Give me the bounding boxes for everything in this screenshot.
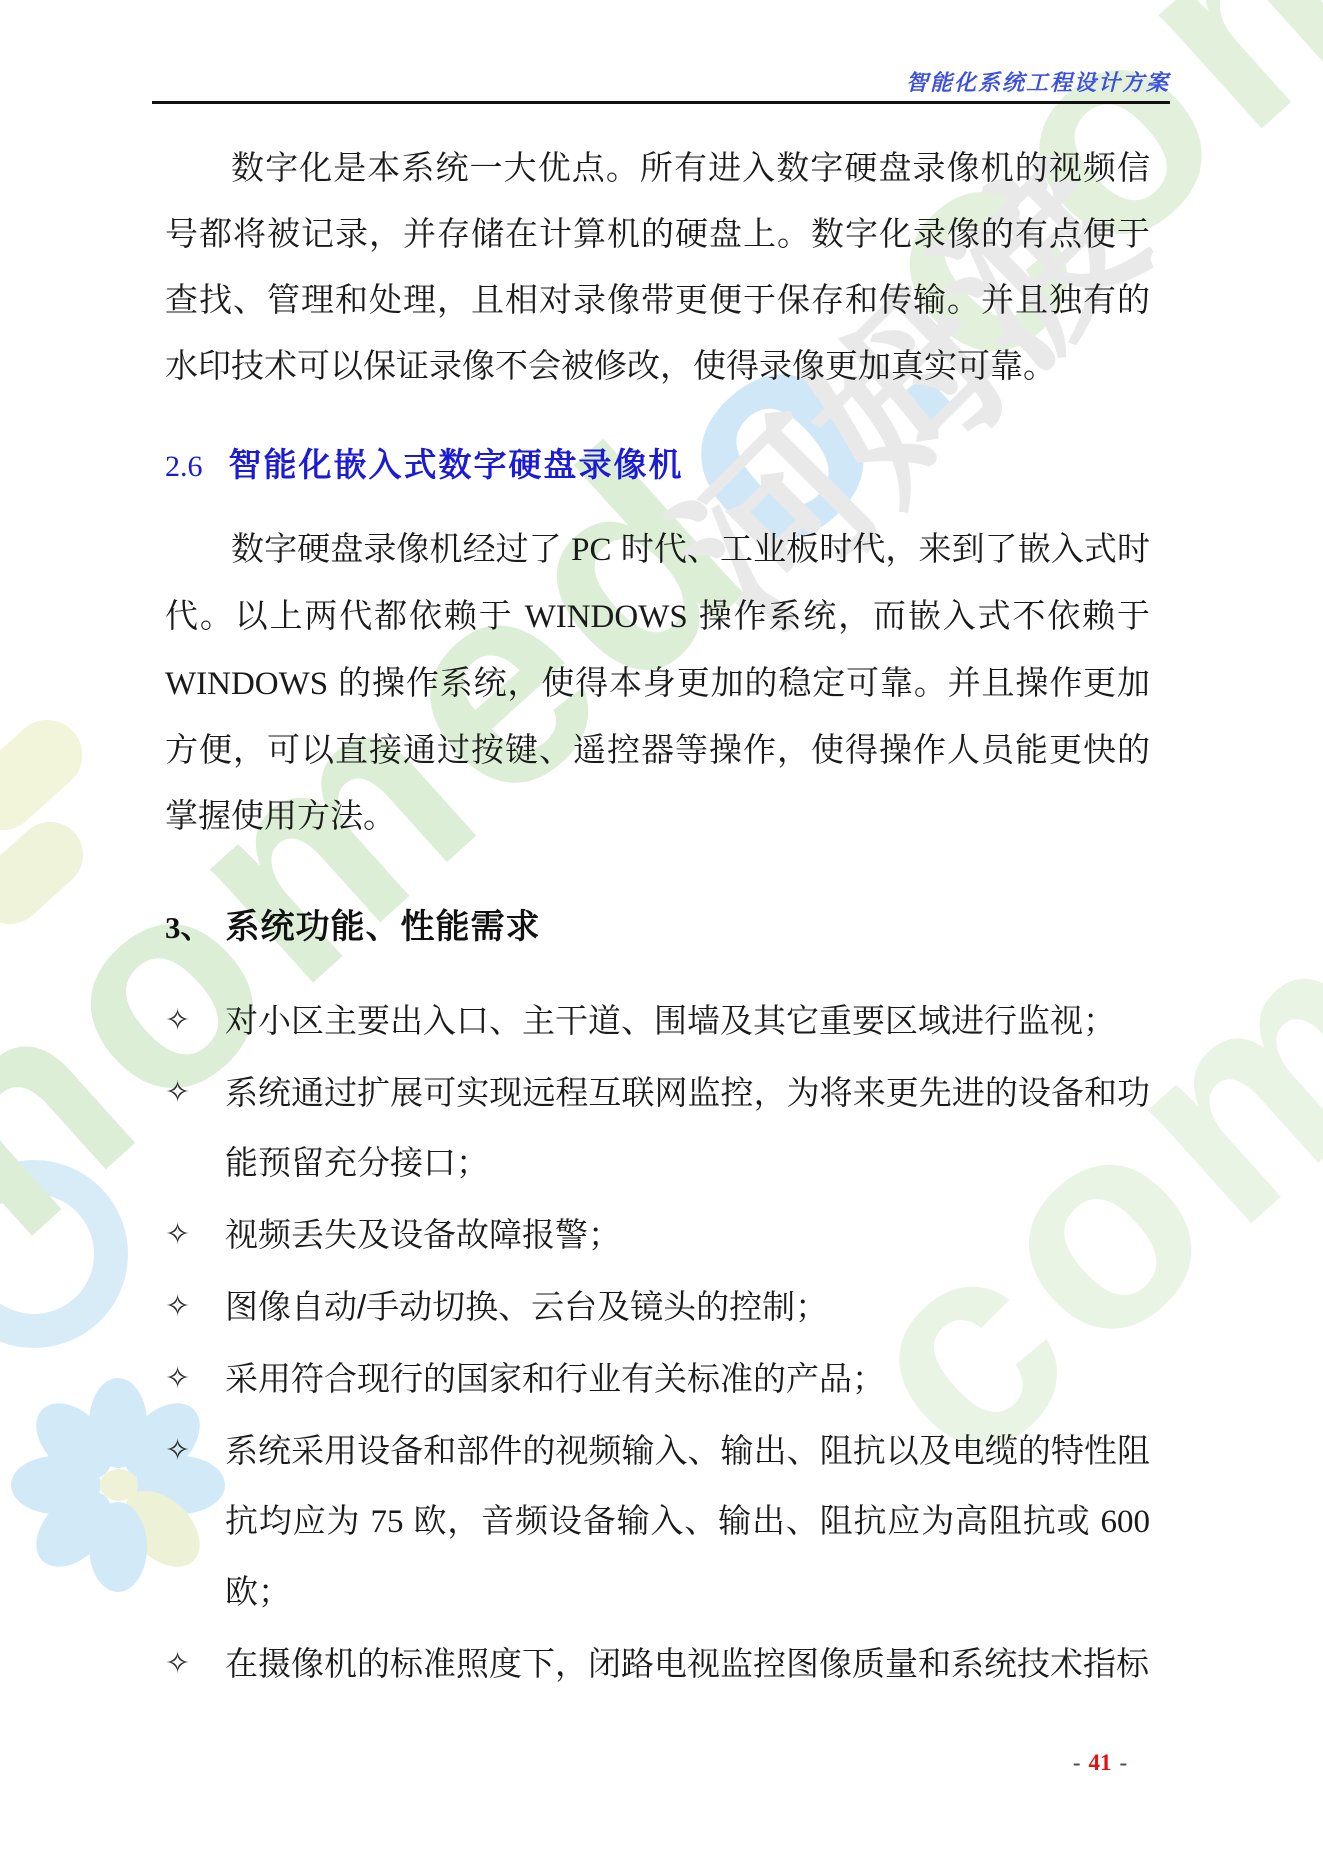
- bullet-text: 采用符合现行的国家和行业有关标准的产品；: [225, 1344, 1150, 1414]
- diamond-bullet-icon: ✧: [165, 1344, 225, 1414]
- page-number: 41: [1089, 1750, 1112, 1775]
- bullet-segment: 欧，音频设备输入、输出、阻抗应为高阻抗或: [403, 1502, 1100, 1539]
- bullet-segment-latin: 600: [1101, 1504, 1151, 1540]
- bullet-item: ✧ 系统通过扩展可实现远程互联网监控，为将来更先进的设备和功能预留充分接口；: [165, 1058, 1150, 1198]
- section-title: 智能化嵌入式数字硬盘录像机: [229, 446, 684, 483]
- bullet-text: 视频丢失及设备故障报警；: [225, 1200, 1150, 1270]
- bullet-text: 系统通过扩展可实现远程互联网监控，为将来更先进的设备和功能预留充分接口；: [225, 1058, 1150, 1198]
- section-3-heading: 3、系统功能、性能需求: [165, 899, 1150, 948]
- bullet-segment-latin: 75: [370, 1504, 403, 1540]
- diamond-bullet-icon: ✧: [165, 1058, 225, 1198]
- page-number-dash: -: [1120, 1750, 1128, 1775]
- document-page: homedo.com com 河姆渡 智能化系统工程设计方案 数字化是本系统一大…: [0, 0, 1323, 1871]
- diamond-bullet-icon: ✧: [165, 1629, 225, 1699]
- section-2-6-heading: 2.6智能化嵌入式数字硬盘录像机: [165, 439, 1150, 486]
- bullet-item: ✧ 视频丢失及设备故障报警；: [165, 1200, 1150, 1270]
- paragraph-segment-latin: WINDOWS: [525, 599, 688, 635]
- section-title: 系统功能、性能需求: [226, 908, 541, 946]
- page-footer: -41-: [1000, 1750, 1200, 1776]
- bullet-text: 图像自动/手动切换、云台及镜头的控制；: [225, 1272, 1150, 1342]
- paragraph-digital-advantages: 数字化是本系统一大优点。所有进入数字硬盘录像机的视频信号都将被记录，并存储在计算…: [165, 135, 1150, 399]
- diamond-bullet-icon: ✧: [165, 1416, 225, 1627]
- paragraph-segment-latin: WINDOWS: [165, 666, 328, 702]
- header-rule: [152, 101, 1170, 104]
- bullet-text: 在摄像机的标准照度下，闭路电视监控图像质量和系统技术指标: [225, 1629, 1150, 1699]
- bullet-text: 系统采用设备和部件的视频输入、输出、阻抗以及电缆的特性阻抗均应为 75 欧，音频…: [225, 1416, 1150, 1627]
- header-title: 智能化系统工程设计方案: [906, 70, 1170, 95]
- bullet-text: 对小区主要出入口、主干道、围墙及其它重要区域进行监视；: [225, 986, 1150, 1056]
- document-body: 数字化是本系统一大优点。所有进入数字硬盘录像机的视频信号都将被记录，并存储在计算…: [165, 135, 1150, 1701]
- section-number: 3、: [165, 910, 212, 945]
- bullet-item: ✧ 图像自动/手动切换、云台及镜头的控制；: [165, 1272, 1150, 1342]
- paragraph-segment: 数字硬盘录像机经过了: [231, 530, 571, 567]
- bullet-item: ✧ 系统采用设备和部件的视频输入、输出、阻抗以及电缆的特性阻抗均应为 75 欧，…: [165, 1416, 1150, 1627]
- bullet-item: ✧ 对小区主要出入口、主干道、围墙及其它重要区域进行监视；: [165, 986, 1150, 1056]
- section-number: 2.6: [165, 450, 203, 483]
- page-header: 智能化系统工程设计方案: [152, 66, 1170, 97]
- diamond-bullet-icon: ✧: [165, 1200, 225, 1270]
- bullet-item: ✧ 采用符合现行的国家和行业有关标准的产品；: [165, 1344, 1150, 1414]
- bullet-item: ✧ 在摄像机的标准照度下，闭路电视监控图像质量和系统技术指标: [165, 1629, 1150, 1699]
- bullet-segment: 欧；: [225, 1573, 291, 1610]
- bullet-list: ✧ 对小区主要出入口、主干道、围墙及其它重要区域进行监视； ✧ 系统通过扩展可实…: [165, 986, 1150, 1699]
- paragraph-segment: 操作系统，而嵌入式不依赖于: [688, 597, 1150, 634]
- page-number-dash: -: [1073, 1750, 1081, 1775]
- paragraph-segment-latin: PC: [571, 532, 611, 568]
- diamond-bullet-icon: ✧: [165, 1272, 225, 1342]
- content-layer: 智能化系统工程设计方案 数字化是本系统一大优点。所有进入数字硬盘录像机的视频信号…: [0, 0, 1323, 1871]
- paragraph-dvr-generations: 数字硬盘录像机经过了 PC 时代、工业板时代，来到了嵌入式时代。以上两代都依赖于…: [165, 516, 1150, 849]
- diamond-bullet-icon: ✧: [165, 986, 225, 1056]
